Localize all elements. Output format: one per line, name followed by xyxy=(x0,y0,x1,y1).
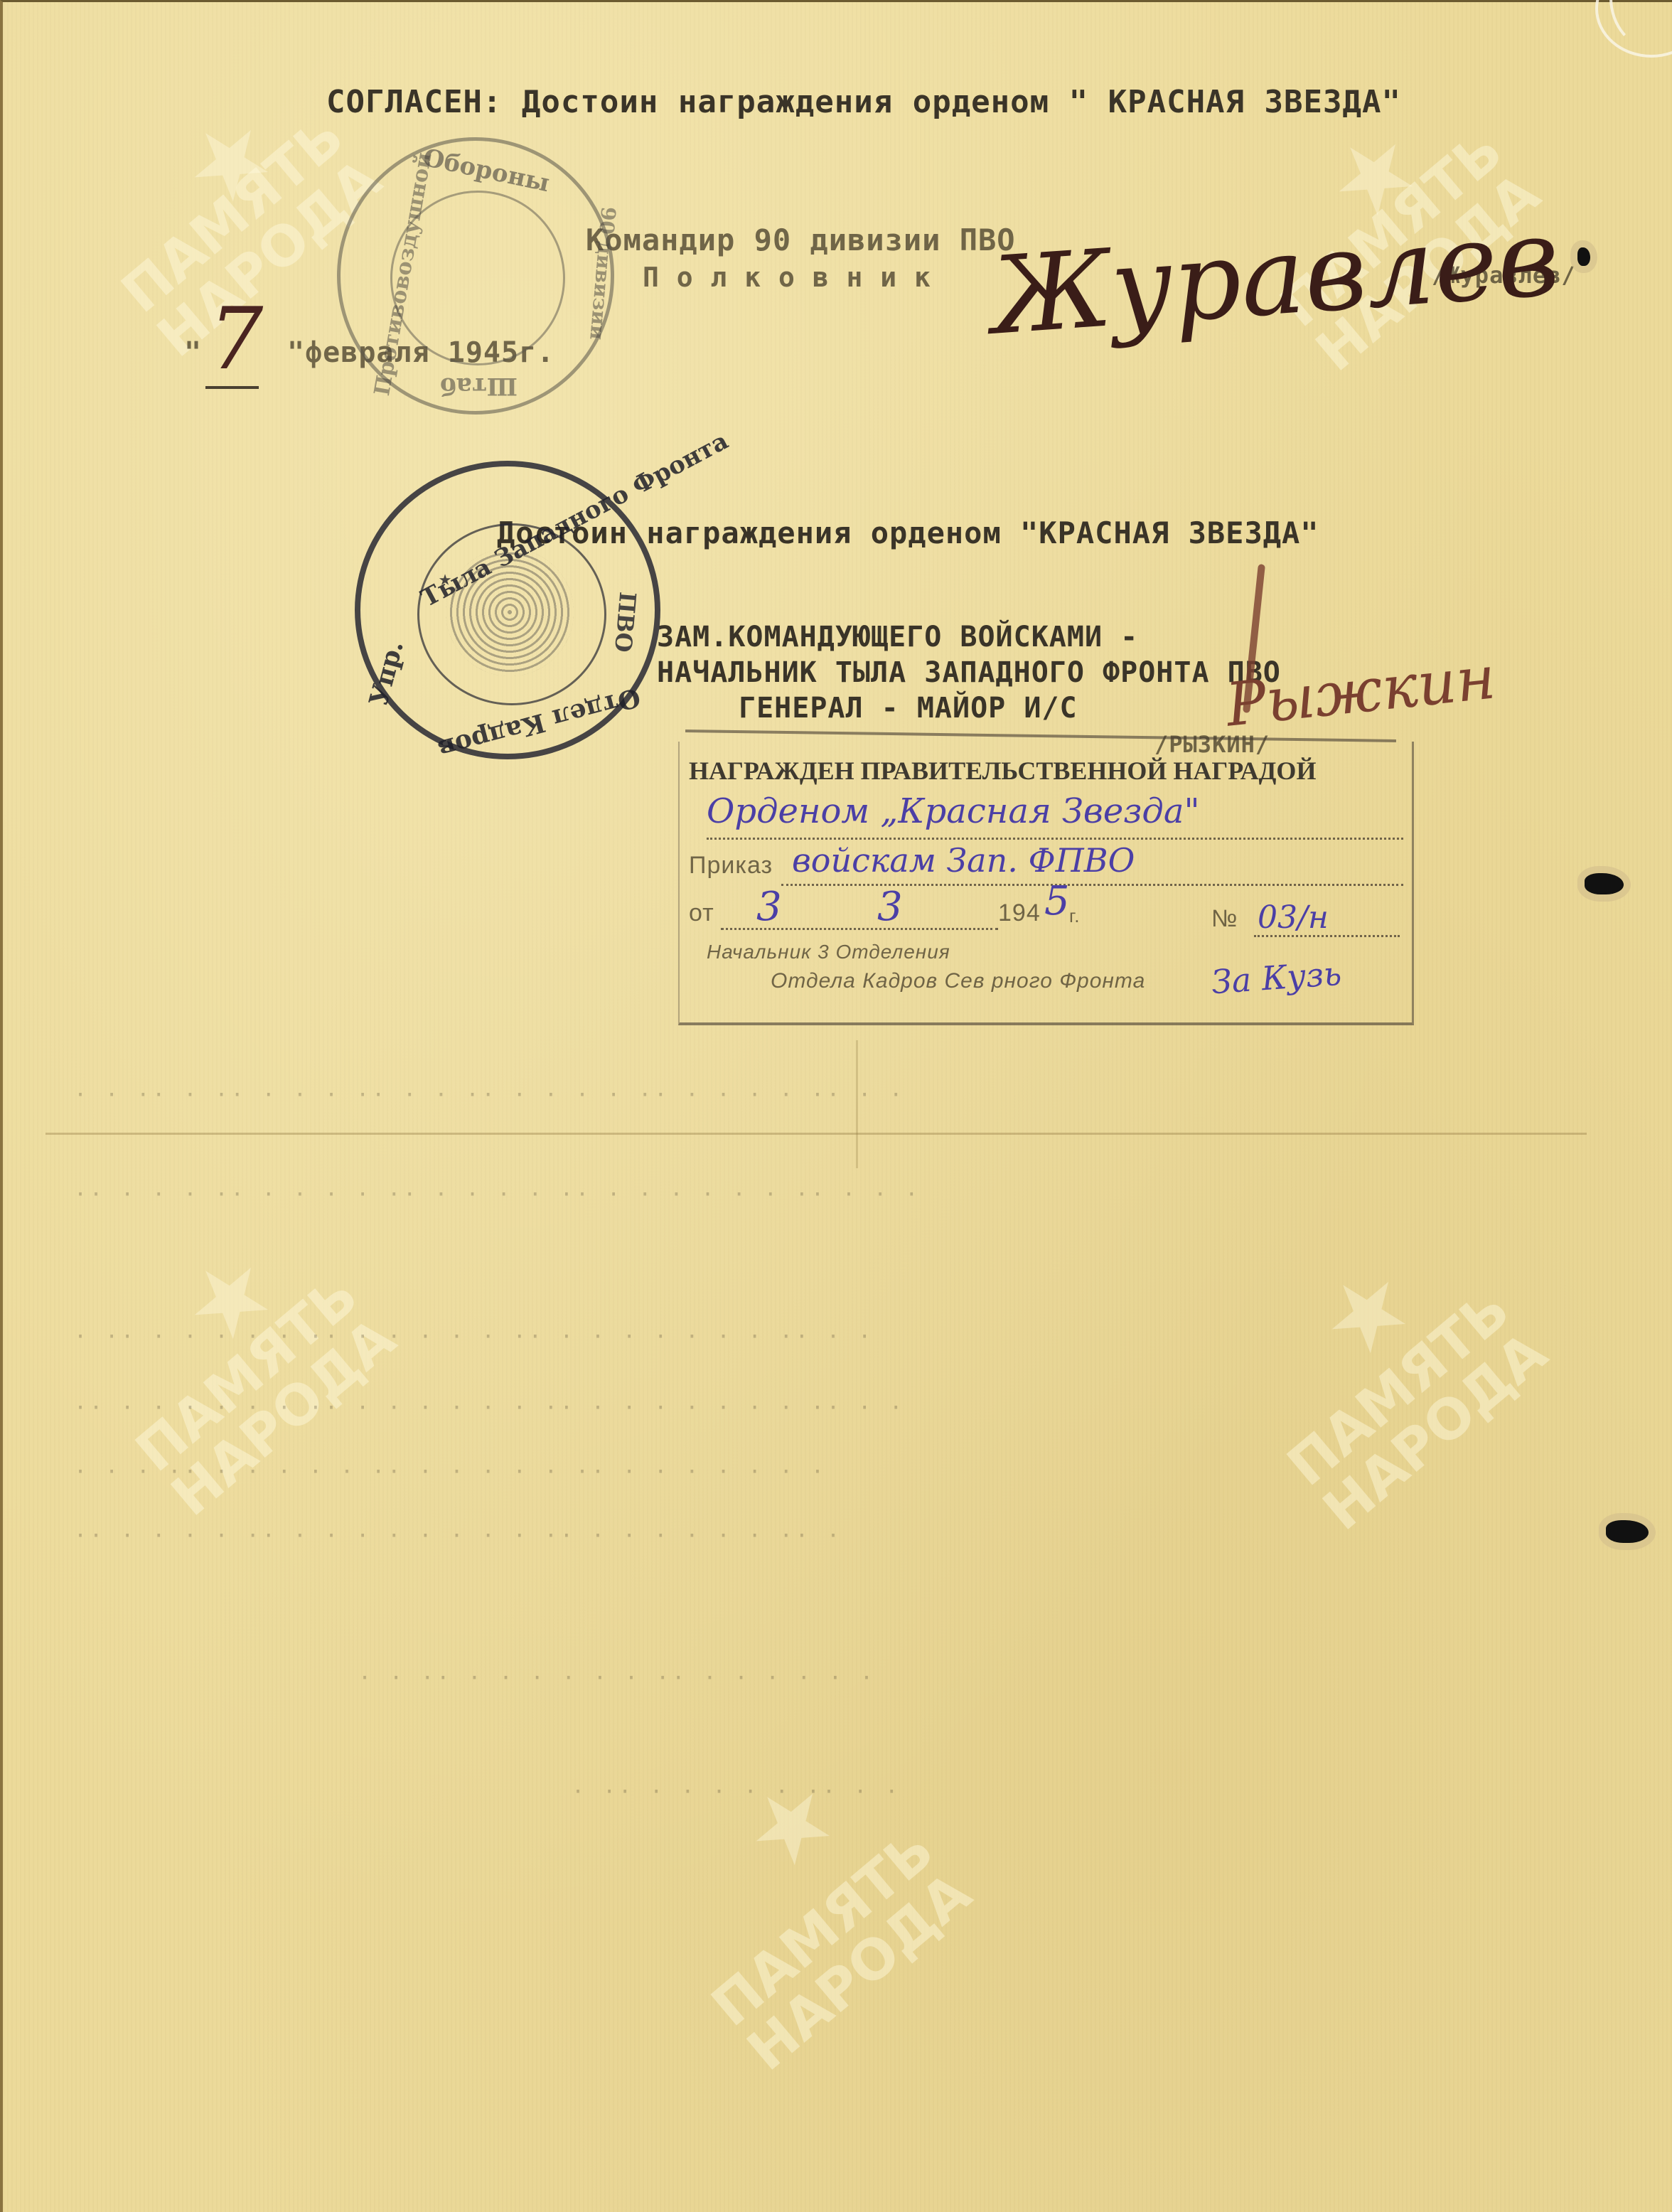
award-dotted-line xyxy=(707,838,1403,840)
document-page: ★ ПАМЯТЬНАРОДА ★ ПАМЯТЬНАРОДА ★ ПАМЯТЬНА… xyxy=(0,0,1672,2212)
stamp-division-90: Обороны Противовоздушной Штаб 90 дивизии xyxy=(337,137,614,415)
bleed-through-text: ·· · · · ·· · · · · ·· · · · · ·· · · · … xyxy=(74,1182,921,1207)
agreed-line: СОГЛАСЕН: Достоин награждения орденом " … xyxy=(326,84,1401,120)
punch-hole xyxy=(1606,1520,1649,1543)
commander-signature: Журавлев xyxy=(987,196,1563,358)
date-open-quote: " xyxy=(184,336,202,369)
order-month: 3 xyxy=(877,884,903,930)
title-line-3: ГЕНЕРАЛ - МАЙОР И/С xyxy=(739,692,1078,725)
bleed-through-text: · ·· · · · · · ·· · · · · · ·· · · · · ·… xyxy=(74,1325,874,1350)
from-label: от xyxy=(689,899,714,927)
title-line-2: НАЧАЛЬНИК ТЫЛА ЗАПАДНОГО ФРОНТА ПВО xyxy=(657,656,1281,689)
binding-thread xyxy=(1595,0,1672,58)
year-suffix: 5 xyxy=(1044,878,1070,924)
date-dotted-line xyxy=(721,928,998,930)
commander-title: Командир 90 дивизии ПВО xyxy=(586,223,1016,257)
bleed-through-text: · · ·· · · · · · · ·· · · · · · · xyxy=(358,1666,876,1691)
stamp-top-text: Обороны xyxy=(421,144,552,198)
chief-line-1: Начальник 3 Отделения xyxy=(707,941,950,963)
bleed-through-text: ·· · · · · · · ·· · · · · · · ·· · · · ·… xyxy=(74,1396,905,1421)
bleed-through-text: · ·· · · · · · ·· · · xyxy=(572,1780,901,1805)
stamp-right-text: ПВО xyxy=(609,591,641,653)
order-day: 3 xyxy=(756,884,782,930)
stamp-star-icon: ★ xyxy=(439,566,451,591)
bleed-through-text: · · · ·· · · · · · ·· · · · · · ·· · · ·… xyxy=(74,1460,827,1485)
award-handwritten: Орденом „Красная Звезда" xyxy=(707,791,1200,831)
number-label: № xyxy=(1211,905,1238,933)
order-handwritten: войскам Зап. ФПВО xyxy=(792,841,1135,880)
punch-hole xyxy=(1577,247,1590,266)
order-number: 03/н xyxy=(1258,899,1329,936)
date-day: 7 xyxy=(209,290,263,389)
date-day-underline xyxy=(205,386,259,389)
stamp-bottom-text: Штаб xyxy=(440,372,518,400)
year-prefix: 194 xyxy=(998,899,1041,927)
rank-label: П о л к о в н и к xyxy=(643,262,931,293)
stamp-right-text: 90 дивизии xyxy=(585,206,620,341)
paper-fold xyxy=(45,1133,1587,1135)
stamp-left-text: Упр. xyxy=(363,638,409,710)
title-line-1: ЗАМ.КОМАНДУЮЩЕГО ВОЙСКАМИ - xyxy=(657,621,1138,653)
stamp-emblem-icon xyxy=(446,548,574,676)
bleed-through-text: ·· · · · · ·· · · · · · · · · ·· · · · ·… xyxy=(74,1524,842,1549)
year-g: г. xyxy=(1069,905,1081,927)
award-header: НАГРАЖДЕН ПРАВИТЕЛЬСТВЕННОЙ НАГРАДОЙ xyxy=(689,756,1316,786)
punch-hole xyxy=(1585,873,1624,894)
stamp-western-front-rear: Тыла Западного Фронта Упр. Отдел Кадров … xyxy=(355,461,660,759)
chief-line-2: Отдела Кадров Сев рного Фронта xyxy=(771,969,1145,993)
bleed-through-text: · · ·· · ·· · · · ·· · · ·· · · · · ·· ·… xyxy=(74,1083,905,1108)
number-dotted-line xyxy=(1254,935,1400,937)
order-dotted-line xyxy=(781,884,1403,886)
order-label: Приказ xyxy=(689,852,773,880)
